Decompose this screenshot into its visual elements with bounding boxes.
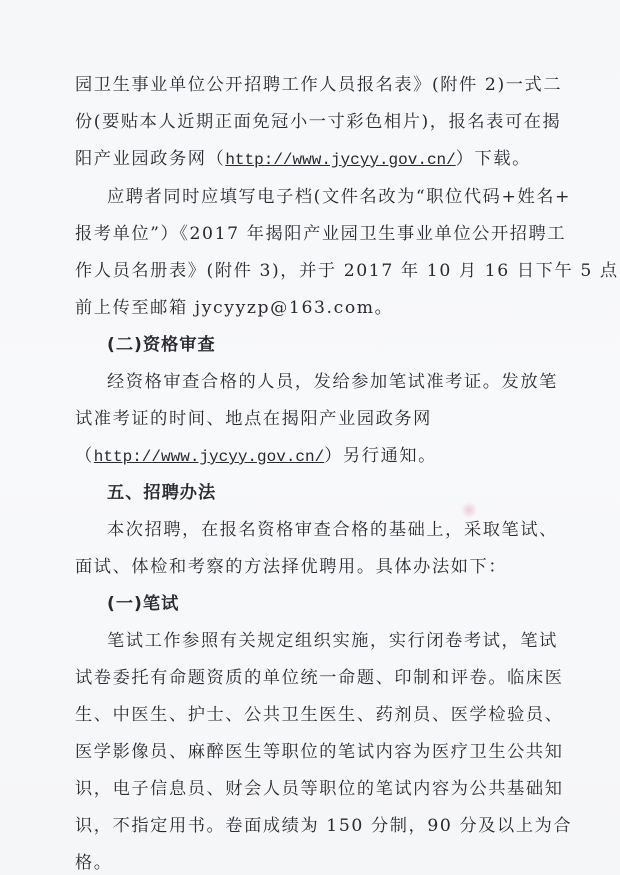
text-line: 生、中医生、护士、公共卫生医生、药剂员、医学检验员、 [75, 703, 550, 727]
text-line: 前上传至邮箱 jycyyzp@163.com。 [75, 296, 550, 320]
text-line: 笔试工作参照有关规定组织实施，实行闭卷考试，笔试 [107, 629, 582, 653]
text-line: 医学影像员、麻醉医生等职位的笔试内容为医疗卫生公共知 [75, 740, 550, 764]
text-line: 试准考证的时间、地点在揭阳产业园政务网 [75, 407, 550, 431]
text-line: 应聘者同时应填写电子档(文件名改为“职位代码+姓名+ [107, 185, 582, 209]
text-line: 经资格审查合格的人员，发给参加笔试准考证。发放笔 [107, 370, 582, 394]
text-line: 格。 [75, 851, 550, 875]
section-heading-written-exam: (一)笔试 [107, 592, 582, 616]
text-span: ）另行通知。 [324, 446, 437, 466]
text-line: 本次招聘，在报名资格审查合格的基础上，采取笔试、 [107, 518, 582, 542]
text-line: 识，电子信息员、财会人员等职位的笔试内容为公共基础知 [75, 777, 550, 801]
text-line: 报考单位”）《2017 年揭阳产业园卫生事业单位公开招聘工 [75, 222, 550, 246]
document-page: 园卫生事业单位公开招聘工作人员报名表》(附件 2)一式二 份(要贴本人近期正面免… [0, 0, 620, 875]
text-span: 阳产业园政务网（ [75, 149, 225, 169]
website-link[interactable]: http://www.jycyy.gov.cn/ [225, 151, 455, 169]
text-line: 作人员名册表》(附件 3)，并于 2017 年 10 月 16 日下午 5 点 [75, 259, 550, 283]
website-link[interactable]: http://www.jycyy.gov.cn/ [94, 448, 324, 466]
text-line: 面试、体检和考察的方法择优聘用。具体办法如下： [75, 555, 550, 579]
text-span: （ [75, 446, 94, 466]
section-heading-qualification-review: (二)资格审查 [107, 333, 582, 357]
text-line: 园卫生事业单位公开招聘工作人员报名表》(附件 2)一式二 [75, 73, 550, 97]
page-number: 3 [306, 822, 311, 832]
text-line: 试卷委托有命题资质的单位统一命题、印制和评卷。临床医 [75, 666, 550, 690]
text-line: 识，不指定用书。卷面成绩为 150 分制，90 分及以上为合 [75, 814, 550, 838]
text-span: ）下载。 [456, 149, 531, 169]
ink-smudge [462, 500, 476, 520]
section-heading-recruitment-method: 五、招聘办法 [107, 481, 582, 505]
text-line: （http://www.jycyy.gov.cn/）另行通知。 [75, 444, 550, 469]
text-line: 份(要贴本人近期正面免冠小一寸彩色相片)，报名表可在揭 [75, 110, 550, 134]
text-line: 阳产业园政务网（http://www.jycyy.gov.cn/）下载。 [75, 147, 550, 172]
